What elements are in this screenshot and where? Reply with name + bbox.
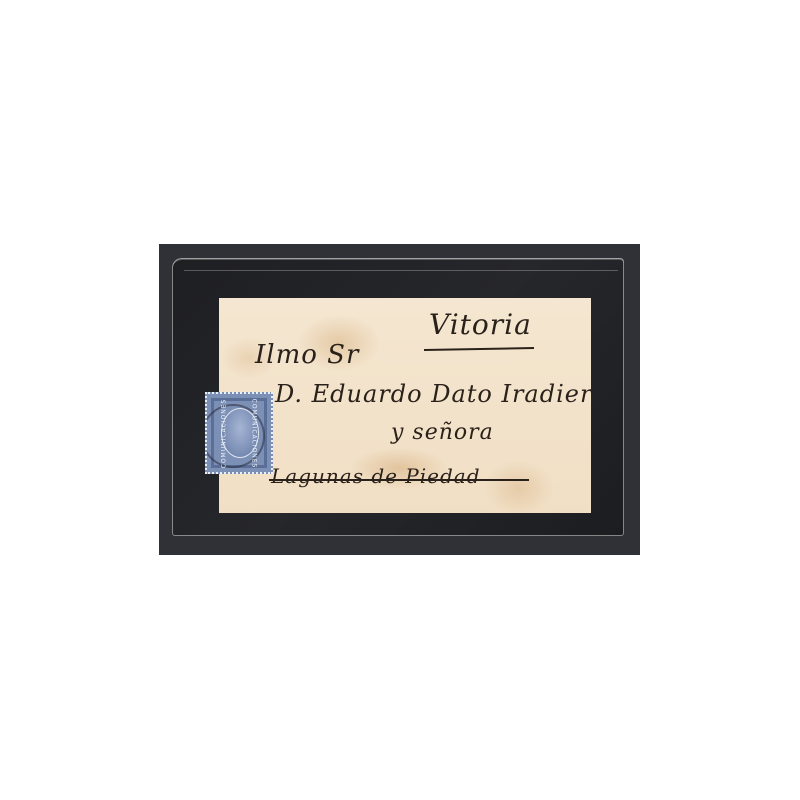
address-spouse: y señora	[391, 420, 494, 445]
postage-stamp: COMUNICACIONES COMUNICACIONES	[205, 392, 273, 474]
address-panel: Vitoria Ilmo Sr D. Eduardo Dato Iradier …	[219, 298, 591, 513]
address-name: D. Eduardo Dato Iradier	[275, 380, 592, 408]
address-destination-struck: Lagunas de Piedad	[271, 464, 481, 488]
city-underline	[424, 347, 534, 351]
stamp-right-text: COMUNICACIONES	[251, 399, 258, 469]
strike-through-line	[269, 479, 529, 481]
envelope-flap-edge	[184, 270, 618, 271]
address-city: Vitoria	[429, 308, 532, 341]
address-salutation: Ilmo Sr	[255, 340, 359, 370]
mourning-envelope: Vitoria Ilmo Sr D. Eduardo Dato Iradier …	[172, 258, 624, 536]
stamp-left-text: COMUNICACIONES	[220, 399, 227, 469]
